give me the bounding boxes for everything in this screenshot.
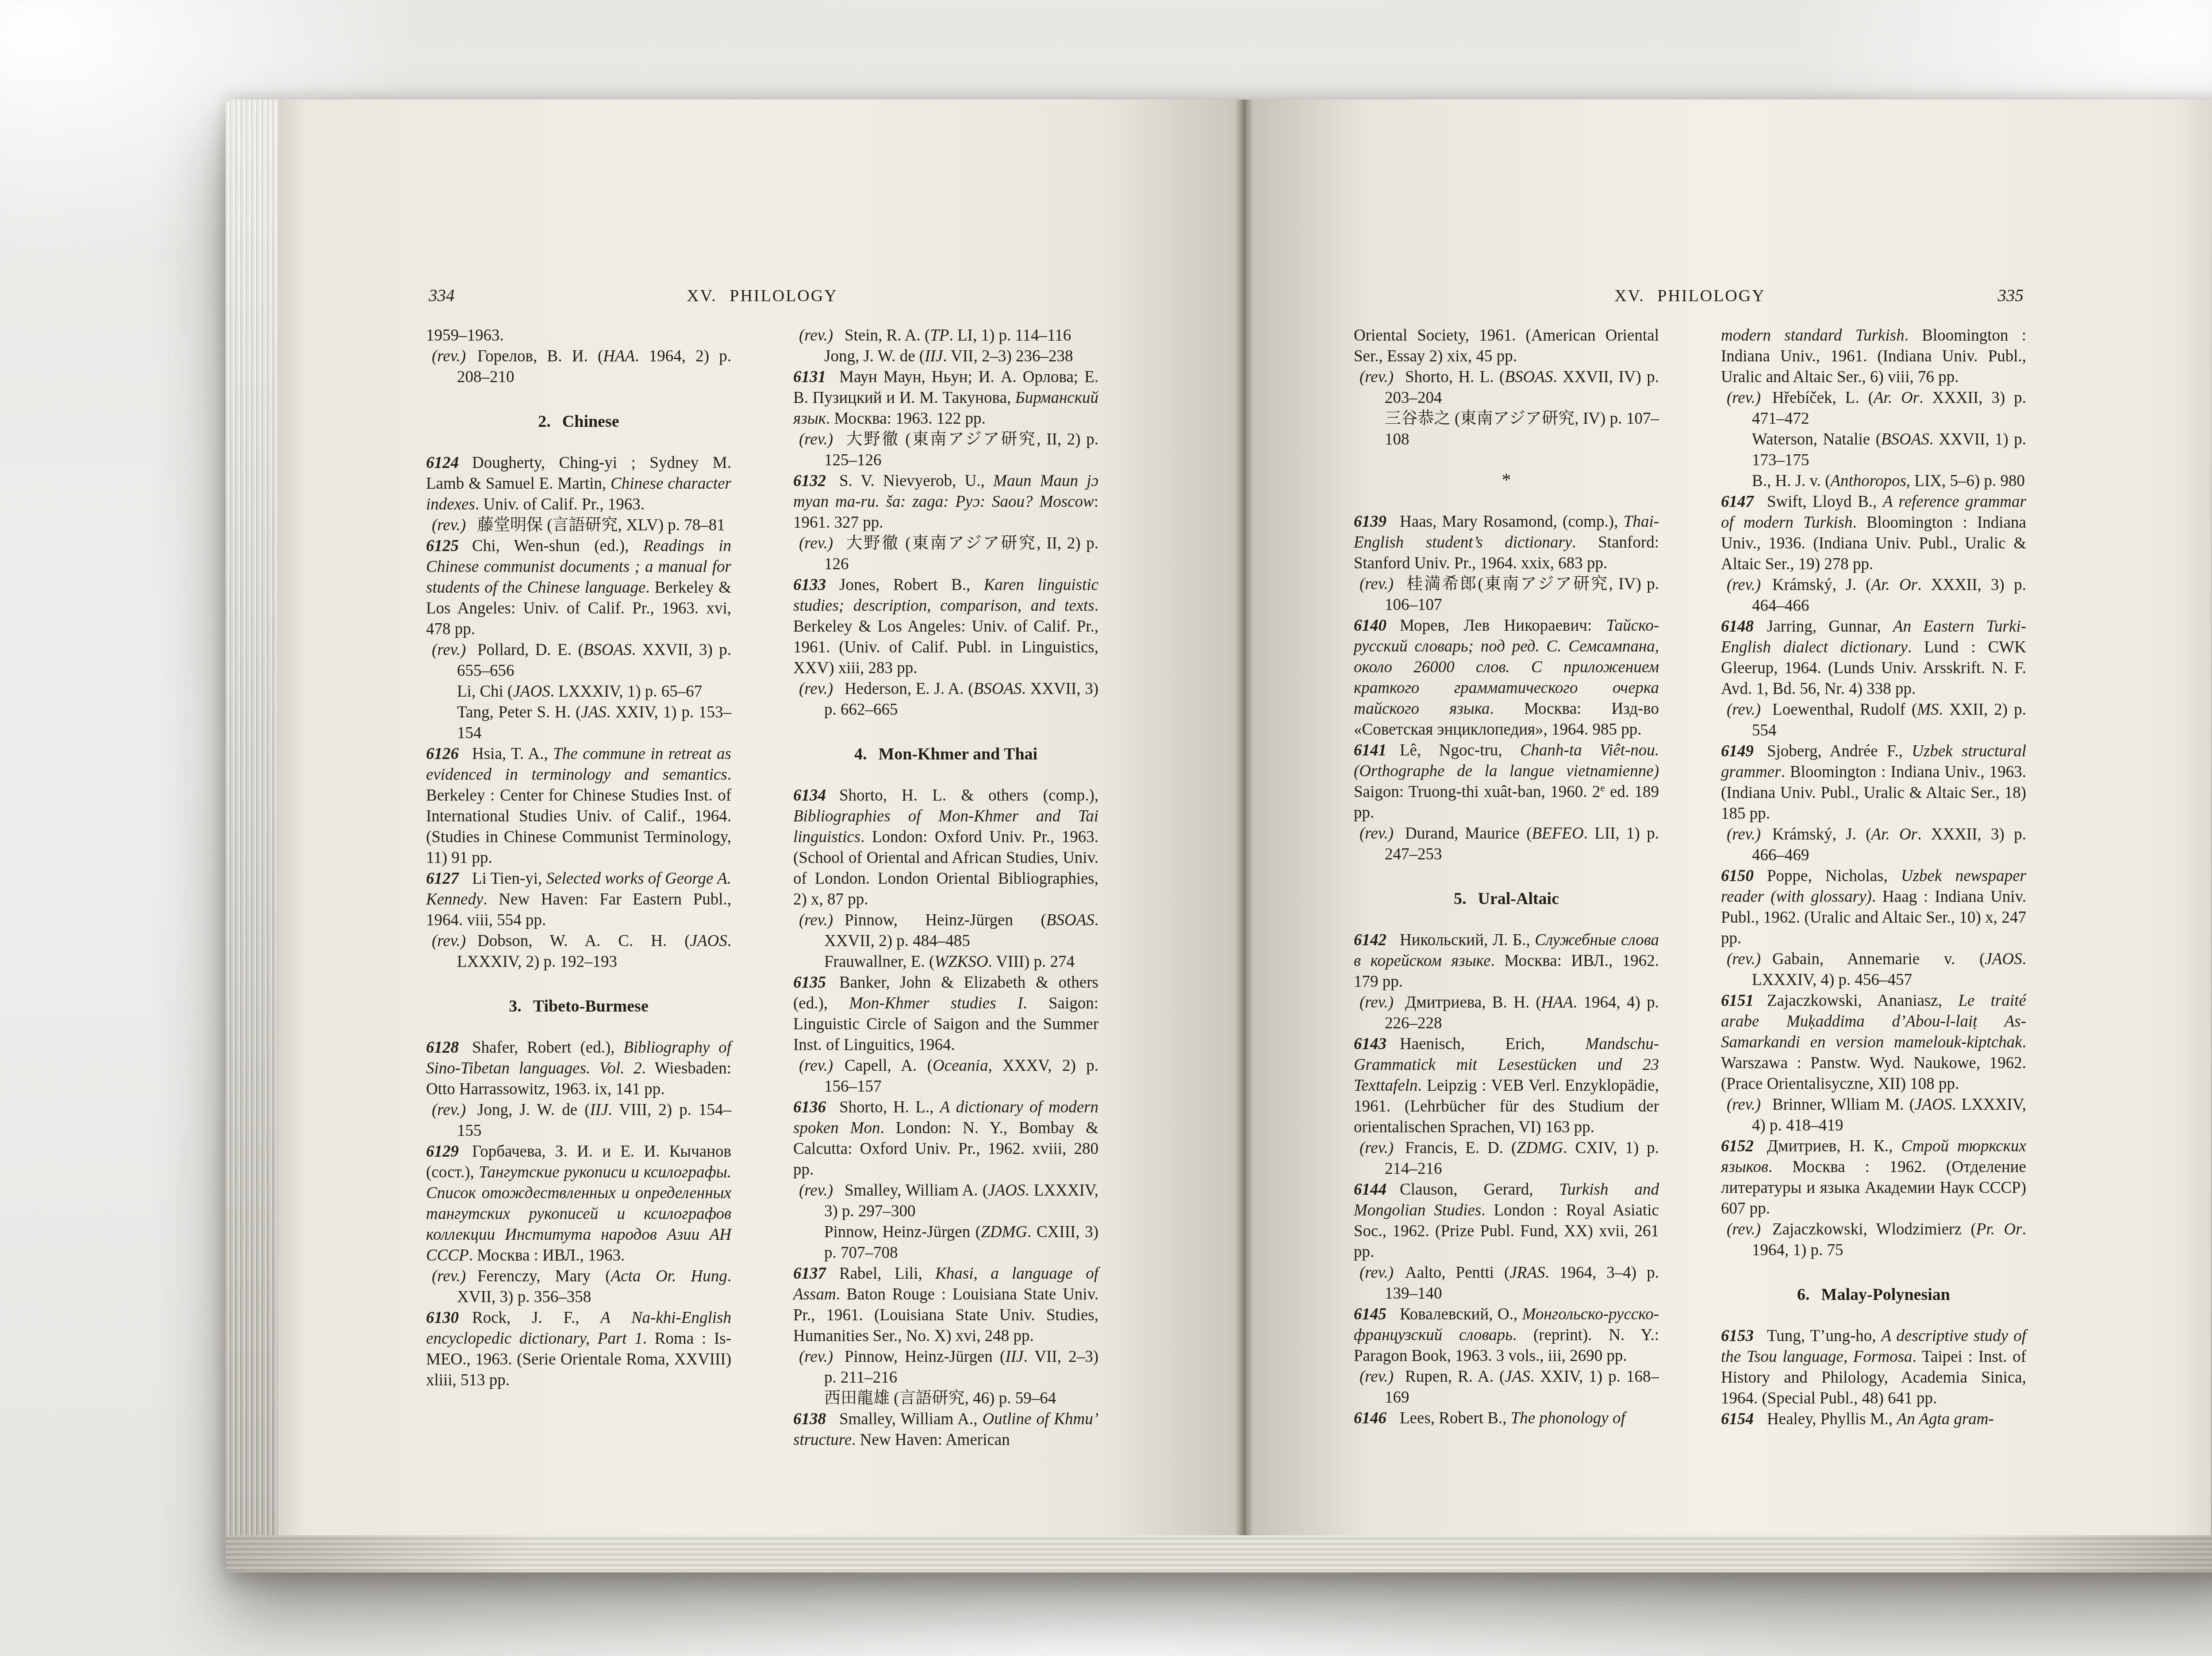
review-line: (rev.)Горелов, В. И. (НАА. 1964, 2) p. 2… — [457, 346, 731, 387]
entry-6141: 6141Lê, Ngoc-tru, Chanh-ta Viêt-nou. (Or… — [1354, 740, 1659, 823]
review-line: (rev.)Dobson, W. A. C. H. (JAOS. LXXXIV,… — [457, 931, 731, 972]
review-line: (rev.)Gabain, Annemarie v. (JAOS. LXXXIV… — [1752, 949, 2026, 990]
entry-6134: 6134Shorto, H. L. & others (comp.), Bibl… — [793, 785, 1098, 910]
review-line: (rev.)Дмитриева, В. Н. (НАА. 1964, 4) p.… — [1385, 992, 1659, 1034]
review-line: (rev.)Hřebíček, L. (Ar. Or. XXXII, 3) p.… — [1752, 387, 2026, 429]
review-line: (rev.)Shorto, H. L. (BSOAS. XXVII, IV) p… — [1385, 367, 1659, 408]
review-continuation: 三谷恭之 (東南アジア研究, IV) p. 107–108 — [1385, 408, 1659, 450]
entry-6143: 6143Haenisch, Erich, Mandschu-Grammatick… — [1354, 1034, 1659, 1138]
entry-6152: 6152Дмитриев, Н. К., Строй тюркских язык… — [1721, 1136, 2026, 1219]
review-line: (rev.)藤堂明保 (言語研究, XLV) p. 78–81 — [457, 515, 731, 536]
photo-backdrop: 334 XV. PHILOLOGY 1959–1963.(rev.)Горело… — [0, 0, 2212, 1656]
entry-6151: 6151Zajaczkowski, Ananiasz, Le traité ar… — [1721, 990, 2026, 1094]
review-line: (rev.)Pinnow, Heinz-Jürgen (IIJ. VII, 2–… — [824, 1346, 1098, 1388]
review-line: (rev.)Krámský, J. (Ar. Or. XXXII, 3) p. … — [1752, 575, 2026, 616]
section-heading: 6.Malay-Polynesian — [1721, 1284, 2026, 1305]
review-line: (rev.)Zajaczkowski, Wlodzimierz (Pr. Or.… — [1752, 1219, 2026, 1261]
review-line: (rev.)Pollard, D. E. (BSOAS. XXVII, 3) p… — [457, 640, 731, 681]
review-continuation: Waterson, Natalie (BSOAS. XXVII, 1) p. 1… — [1752, 429, 2026, 471]
entry-6136: 6136Shorto, H. L., A dictionary of moder… — [793, 1097, 1098, 1180]
text-column-left: Oriental Society, 1961. (American Orient… — [1354, 325, 1659, 1430]
entry-6129: 6129Горбачева, З. И. и Е. И. Кычанов (со… — [426, 1141, 731, 1266]
review-line: (rev.)Ferenczy, Mary (Acta Or. Hung. XVI… — [457, 1266, 731, 1307]
entry-6126: 6126Hsia, T. A., The commune in retreat … — [426, 744, 731, 868]
entry-6125: 6125Chi, Wen-shun (ed.), Readings in Chi… — [426, 536, 731, 640]
running-title: XV. PHILOLOGY — [1354, 285, 2026, 307]
review-continuation: Frauwallner, E. (WZKSO. VIII) p. 274 — [824, 951, 1098, 972]
entry-6131: 6131Маун Маун, Ньун; И. А. Орлова; Е. В.… — [793, 367, 1098, 429]
page-header: XV. PHILOLOGY 335 — [1354, 285, 2026, 307]
entry-6130: 6130Rock, J. F., A Na-khi-English encycl… — [426, 1307, 731, 1391]
review-continuation: Jong, J. W. de (IIJ. VII, 2–3) 236–238 — [824, 346, 1098, 367]
review-line: (rev.)Loewenthal, Rudolf (MS. XXII, 2) p… — [1752, 699, 2026, 741]
review-continuation: Pinnow, Heinz-Jürgen (ZDMG. CXIII, 3) p.… — [824, 1222, 1098, 1263]
review-line: (rev.)Jong, J. W. de (IIJ. VIII, 2) p. 1… — [457, 1100, 731, 1141]
running-title: XV. PHILOLOGY — [426, 285, 1098, 307]
entry-6145: 6145Ковалевский, О., Монгольско-русско-ф… — [1354, 1304, 1659, 1366]
open-book: 334 XV. PHILOLOGY 1959–1963.(rev.)Горело… — [226, 100, 2212, 1572]
page-edge-stack-left — [226, 100, 278, 1535]
section-heading: 4.Mon-Khmer and Thai — [793, 744, 1098, 765]
review-line: (rev.)Durand, Maurice (BEFEO. LII, 1) p.… — [1385, 823, 1659, 865]
review-line: (rev.)Hederson, E. J. A. (BSOAS. XXVII, … — [824, 678, 1098, 720]
entry-6137: 6137Rabel, Lili, Khasi, a language of As… — [793, 1263, 1098, 1346]
section-heading: 3.Tibeto-Burmese — [426, 996, 731, 1017]
page-number: 334 — [429, 285, 455, 307]
review-continuation: B., H. J. v. (Anthoropos, LIX, 5–6) p. 9… — [1752, 471, 2026, 491]
section-heading: 5.Ural-Altaic — [1354, 889, 1659, 909]
review-line: (rev.)Capell, A. (Oceania, XXXV, 2) p. 1… — [824, 1055, 1098, 1097]
entry-6124: 6124Dougherty, Ching-yi ; Sydney M. Lamb… — [426, 452, 731, 515]
entry-6148: 6148Jarring, Gunnar, An Eastern Turki-En… — [1721, 616, 2026, 699]
entry-6127: 6127Li Tien-yi, Selected works of George… — [426, 868, 731, 931]
review-continuation: 西田龍雄 (言語研究, 46) p. 59–64 — [824, 1388, 1098, 1409]
review-line: (rev.)Smalley, William A. (JAOS. LXXXIV,… — [824, 1180, 1098, 1222]
page-header: 334 XV. PHILOLOGY — [426, 285, 1098, 307]
continuation-paragraph: Oriental Society, 1961. (American Orient… — [1354, 325, 1659, 367]
continuation-paragraph: modern standard Turkish. Bloomington : I… — [1721, 325, 2026, 387]
entry-6140: 6140Морев, Лев Никораевич: Тайско-русски… — [1354, 615, 1659, 740]
entry-6142: 6142Никольский, Л. Б., Служебные слова в… — [1354, 930, 1659, 992]
entry-6132: 6132S. V. Nievyerob, U., Maun Maun jɔ my… — [793, 471, 1098, 533]
review-line: (rev.)大野徹 (東南アジア研究, II, 2) p. 125–126 — [824, 429, 1098, 471]
entry-6147: 6147Swift, Lloyd B., A reference grammar… — [1721, 491, 2026, 575]
entry-6128: 6128Shafer, Robert (ed.), Bibliography o… — [426, 1037, 731, 1100]
text-column-right: (rev.)Stein, R. A. (TP. LI, 1) p. 114–11… — [793, 325, 1098, 1450]
book-spread: 334 XV. PHILOLOGY 1959–1963.(rev.)Горело… — [278, 100, 2211, 1535]
review-continuation: Li, Chi (JAOS. LXXXIV, 1) p. 65–67 — [457, 681, 731, 702]
entry-6150: 6150Poppe, Nicholas, Uzbek newspaper rea… — [1721, 866, 2026, 949]
review-line: (rev.)Francis, E. D. (ZDMG. CXIV, 1) p. … — [1385, 1138, 1659, 1179]
entry-6144: 6144Clauson, Gerard, Turkish and Mongoli… — [1354, 1179, 1659, 1262]
entry-6154: 6154Healey, Phyllis M., An Agta gram- — [1721, 1409, 2026, 1430]
review-line: (rev.)Stein, R. A. (TP. LI, 1) p. 114–11… — [824, 325, 1098, 346]
entry-6146: 6146Lees, Robert B., The phonology of — [1354, 1408, 1659, 1429]
page-content-area: 334 XV. PHILOLOGY 1959–1963.(rev.)Горело… — [278, 100, 1235, 1450]
book-gutter — [1235, 100, 1254, 1535]
text-columns: Oriental Society, 1961. (American Orient… — [1354, 325, 2026, 1430]
review-line: (rev.)Rupen, R. A. (JAS. XXIV, 1) p. 168… — [1385, 1366, 1659, 1408]
page-number: 335 — [1998, 285, 2024, 307]
section-heading: 2.Chinese — [426, 411, 731, 432]
page-edge-stack-bottom — [226, 1535, 2212, 1572]
entry-6133: 6133Jones, Robert B., Karen linguistic s… — [793, 575, 1098, 678]
text-column-right: modern standard Turkish. Bloomington : I… — [1721, 325, 2026, 1430]
review-line: (rev.)桂満希郎(東南アジア研究, IV) p. 106–107 — [1385, 574, 1659, 615]
text-columns: 1959–1963.(rev.)Горелов, В. И. (НАА. 196… — [426, 325, 1098, 1450]
review-line: (rev.)大野徹 (東南アジア研究, II, 2) p. 126 — [824, 533, 1098, 575]
entry-6149: 6149Sjoberg, Andrée F., Uzbek structural… — [1721, 741, 2026, 824]
review-line: (rev.)Krámský, J. (Ar. Or. XXXII, 3) p. … — [1752, 824, 2026, 866]
book-page-left: 334 XV. PHILOLOGY 1959–1963.(rev.)Горело… — [278, 100, 1235, 1535]
continuation-paragraph: 1959–1963. — [426, 325, 731, 346]
review-line: (rev.)Aalto, Pentti (JRAS. 1964, 3–4) p.… — [1385, 1262, 1659, 1304]
entry-6139: 6139Haas, Mary Rosamond, (comp.), Thai-E… — [1354, 511, 1659, 574]
text-column-left: 1959–1963.(rev.)Горелов, В. И. (НАА. 196… — [426, 325, 731, 1450]
page-content-area: XV. PHILOLOGY 335 Oriental Society, 1961… — [1254, 100, 2211, 1430]
entry-6135: 6135Banker, John & Elizabeth & others (e… — [793, 972, 1098, 1055]
book-page-right: XV. PHILOLOGY 335 Oriental Society, 1961… — [1254, 100, 2211, 1535]
review-line: (rev.)Pinnow, Heinz-Jürgen (BSOAS. XXVII… — [824, 910, 1098, 951]
separator-star: * — [1354, 470, 1659, 491]
entry-6153: 6153Tung, T’ung-ho, A descriptive study … — [1721, 1326, 2026, 1409]
entry-6138: 6138Smalley, William A., Outline of Khmu… — [793, 1409, 1098, 1450]
review-continuation: Tang, Peter S. H. (JAS. XXIV, 1) p. 153–… — [457, 702, 731, 744]
review-line: (rev.)Brinner, Wlliam M. (JAOS. LXXXIV, … — [1752, 1094, 2026, 1136]
